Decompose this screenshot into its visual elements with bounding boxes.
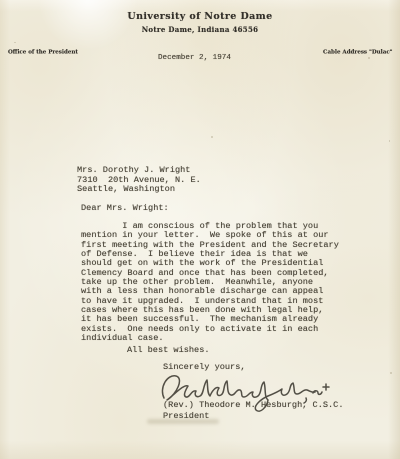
recipient-address-block: Mrs. Dorothy J. Wright 7310 20th Avenue,… — [77, 166, 201, 195]
letterhead-university: University of Notre Dame — [0, 11, 400, 22]
office-of-president-label: Office of the President — [8, 49, 78, 55]
scanned-letter: { "letterhead": { "university": "Univers… — [0, 0, 400, 459]
closing-line: All best wishes. — [127, 346, 210, 355]
scan-speck — [14, 42, 16, 43]
scan-speck — [368, 57, 370, 59]
salutation: Dear Mrs. Wright: — [81, 204, 169, 213]
scan-smudge — [147, 419, 219, 424]
date-line: December 2, 1974 — [158, 54, 231, 63]
sender-typed-name: (Rev.) Theodore M. Hesburgh, C.S.C. — [163, 401, 344, 410]
scan-speck — [211, 136, 213, 138]
scan-speck — [390, 372, 392, 374]
scan-speck — [389, 140, 390, 142]
letter-body: I am conscious of the problem that you m… — [81, 222, 339, 343]
letterhead-address: Notre Dame, Indiana 46556 — [0, 25, 400, 34]
cable-address-label: Cable Address "Dulac" — [323, 49, 393, 55]
